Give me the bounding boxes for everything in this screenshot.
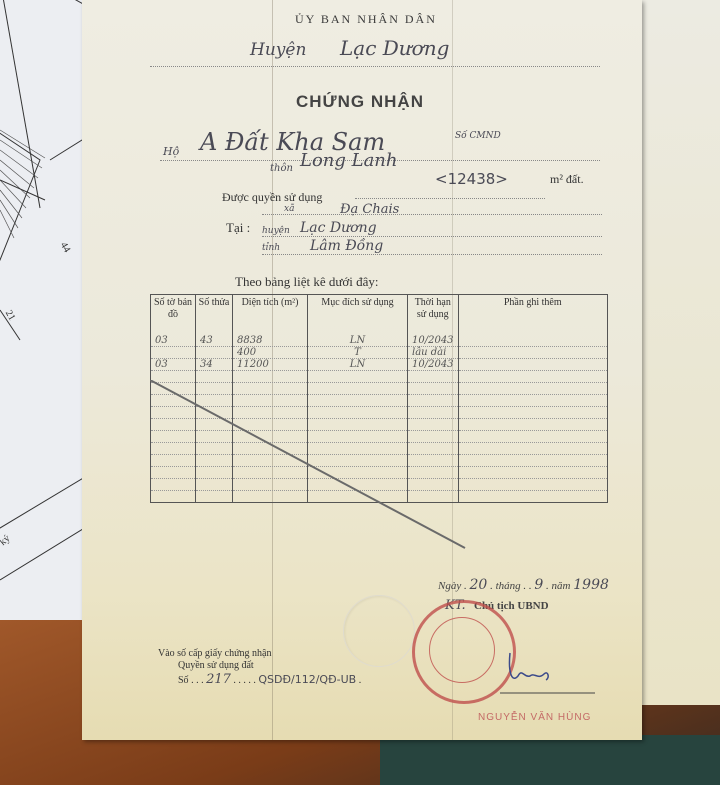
cell [458,335,607,347]
cell: lâu dài [408,347,459,359]
registry-line-2: Quyền sử dụng đất [178,660,254,671]
holder-prefix: Hộ [163,145,179,158]
registry-number: Số . . . 217 . . . . . QSDĐ/112/QĐ-UB . [178,672,361,687]
district-name-2: Lạc Dương [300,220,377,236]
embossed-seal [343,595,415,667]
table-row: 033411200LN10/2043 [151,359,608,371]
year: 1998 [573,577,609,593]
table-header-row: Số tờ bản đồ Số thửa Diện tích (m²) Mục … [151,295,608,336]
cell: 8838 [233,335,308,347]
cell [196,347,233,359]
col-term: Thời hạn sử dụng [408,295,459,336]
cell: 10/2043 [408,359,459,371]
col-notes: Phần ghi thêm [458,295,607,336]
id-label: Số CMND [455,131,501,141]
area-value: <12438> [435,170,508,188]
col-map-sheet: Số tờ bản đồ [151,295,196,336]
adjacent-page [640,0,720,705]
commune-prefix: xã [284,204,294,214]
district-name: Lạc Dương [340,36,449,60]
table-row: 03438838LN10/2043 [151,335,608,347]
location-label: Tại : [226,220,250,236]
province-prefix: tỉnh [262,243,280,253]
col-purpose: Mục đích sử dụng [308,295,408,336]
cell [458,359,607,371]
cell: 43 [196,335,233,347]
cell: 400 [233,347,308,359]
village-name: Long Lanh [300,150,398,171]
district-prefix: Huyện [250,40,306,60]
cell: 11200 [233,359,308,371]
handwritten-signature [500,648,600,698]
village-prefix: thôn [270,163,293,174]
cell [458,347,607,359]
district-prefix-2: huyện [262,226,290,236]
commune-name: Đạ Chais [340,202,399,217]
cell: T [308,347,408,359]
registry-line-1: Vào số cấp giấy chứng nhận [158,648,271,659]
area-unit: m² đất. [550,172,584,187]
table-intro: Theo bảng liệt kê dưới đây: [235,274,379,290]
authority-heading: ỦY BAN NHÂN DÂN [295,12,437,27]
cell: LN [308,359,408,371]
province-name: Lâm Đồng [310,238,383,254]
cell [151,347,196,359]
cell: 10/2043 [408,335,459,347]
cell: 03 [151,359,196,371]
cell: 34 [196,359,233,371]
cell: 03 [151,335,196,347]
day: 20 [469,577,487,593]
strike-through-line [150,380,470,550]
signer-name: NGUYỄN VĂN HÙNG [478,712,591,723]
col-parcel-no: Số thửa [196,295,233,336]
green-tablecloth [380,735,720,785]
col-area: Diện tích (m²) [233,295,308,336]
document-title: CHỨNG NHẬN [296,92,424,112]
month: 9 [534,577,543,593]
cell: LN [308,335,408,347]
commune-line [262,200,602,215]
issue-date: Ngày . 20 . tháng . . 9 . năm 1998 [438,577,609,593]
table-row: 400Tlâu dài [151,347,608,359]
